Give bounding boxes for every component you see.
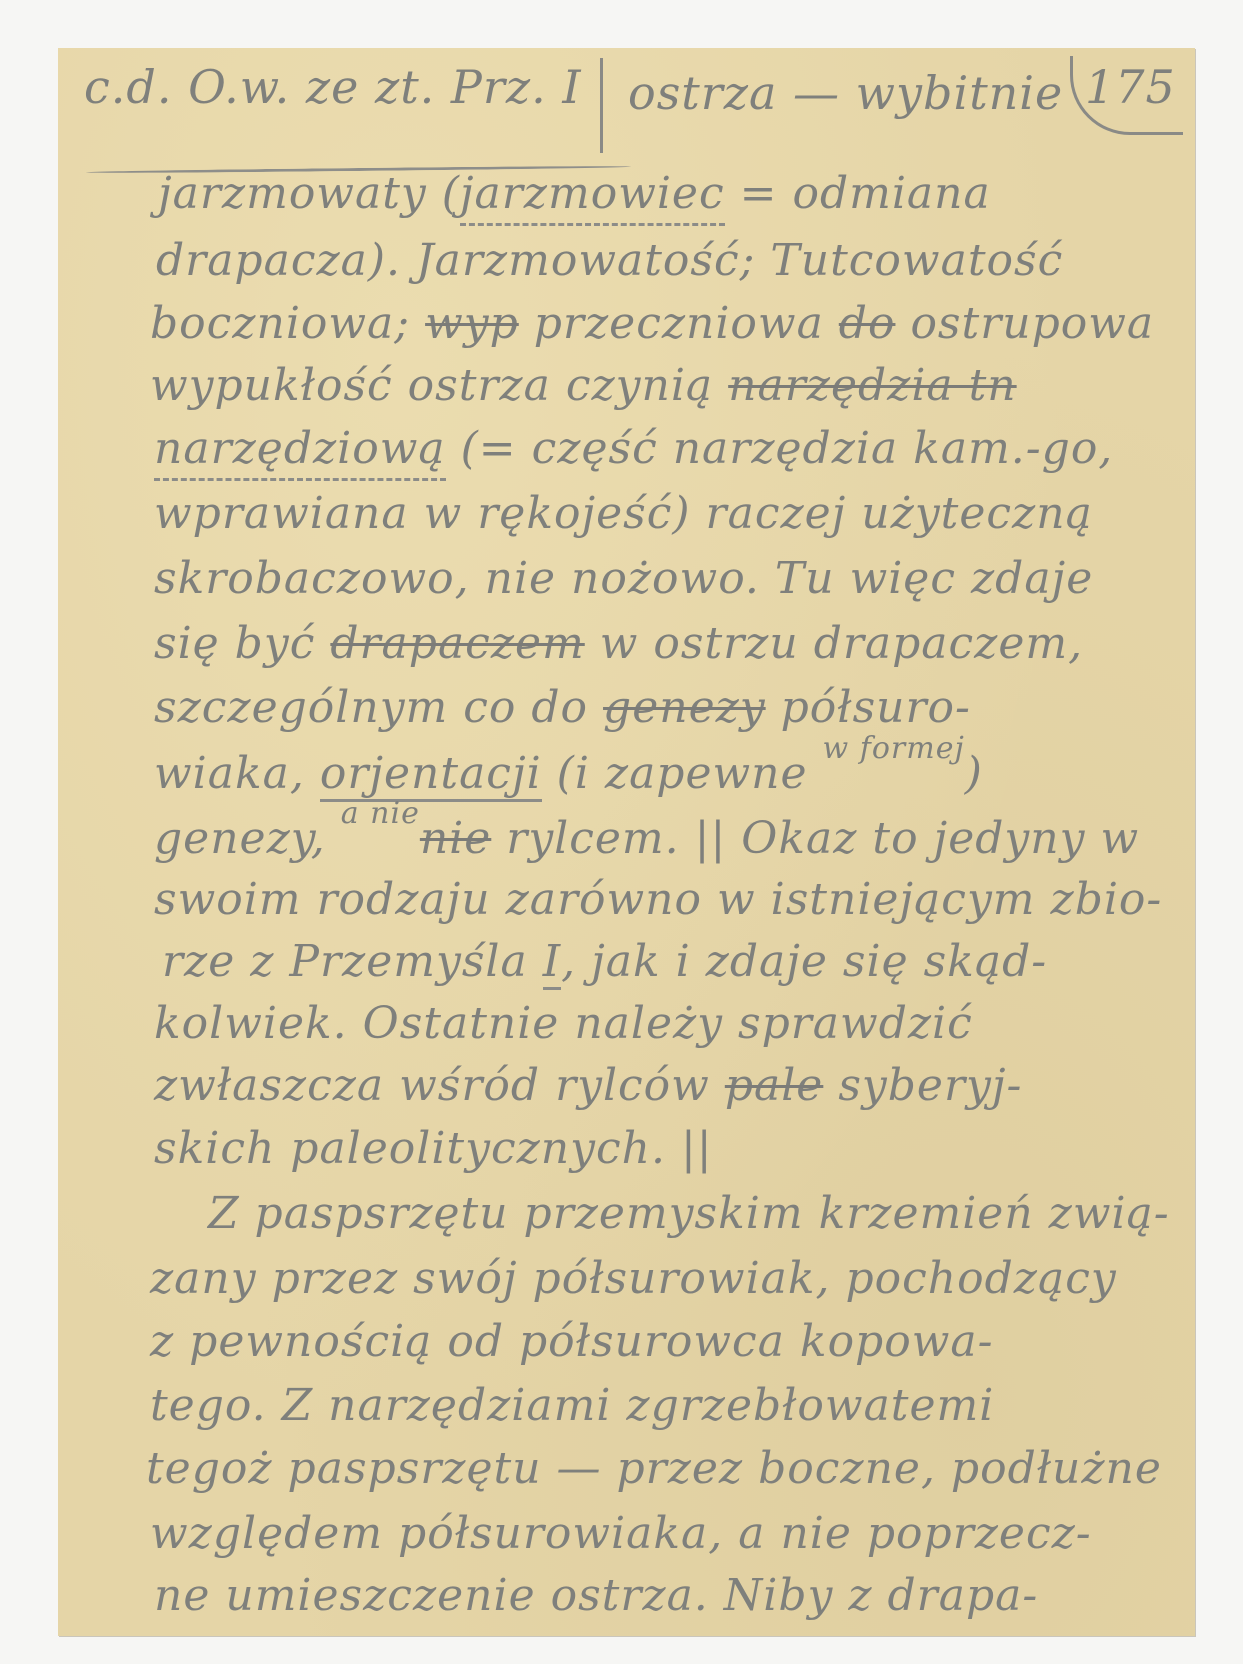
text-line-16: skich paleolitycznych. || [154,1123,713,1174]
text-line-2: drapacza). Jarzmowatość; Tutcowatość [156,235,1063,286]
line-text: boczniowa; [150,298,425,349]
page-number-circle: 175 [1070,56,1183,135]
line-text: skich paleolitycznych. || [154,1123,713,1174]
line-text: swoim rodzaju zarówno w istniejącym zbio… [154,874,1162,925]
line-text: zwłaszcza wśród rylców [154,1060,725,1111]
underlined-word: orjentacji [320,748,542,802]
text-line-7: skrobaczowo, nie nożowo. Tu więc zdaje [154,553,1093,604]
line-text: półsuro- [766,682,971,733]
line-text: skrobaczowo, nie nożowo. Tu więc zdaje [154,553,1093,604]
text-line-18: zany przez swój półsurowiak, pochodzący [150,1253,1117,1304]
text-line-13: rze z Przemyśla I, jak i zdaje się skąd- [162,936,1047,987]
text-line-20: tego. Z narzędziami zgrzebłowatemi [150,1380,994,1431]
text-line-8: się być drapaczem w ostrzu drapaczem, [154,618,1083,669]
text-line-14: kolwiek. Ostatnie należy sprawdzić [154,998,973,1049]
line-text: rylcem. || Okaz to jedyny w [491,813,1139,864]
struck-word: pale [725,1060,824,1111]
line-text: kolwiek. Ostatnie należy sprawdzić [154,998,973,1049]
text-line-3: boczniowa; wyp przeczniowa do ostrupowa [150,298,1154,349]
struck-word: narzędzia tn [728,360,1016,411]
line-text: wypukłość ostrza czynią [150,360,728,411]
line-text: (i zapewne [542,748,823,799]
header-reference: c.d. O.w. ze zt. Prz. I [84,60,582,114]
line-text: (= część narzędzia kam.-go, [446,423,1114,474]
text-line-22: względem półsurowiaka, a nie poprzecz- [150,1508,1092,1559]
text-line-11: genezy, a nienie rylcem. || Okaz to jedy… [154,813,1139,864]
inserted-word: a nie [341,796,420,831]
line-text: jarzmowaty ( [158,168,460,219]
line-text: wiaka, [154,748,320,799]
line-text: = odmiana [725,168,991,219]
line-text: ostrupowa [895,298,1154,349]
line-text: rze z Przemyśla [162,936,543,987]
struck-word: nie [420,813,491,864]
text-line-6: wprawiana w rękojeść) raczej użyteczną [154,488,1093,539]
text-line-19: z pewnością od półsurowca kopowa- [150,1316,993,1367]
line-text: szczególnym co do [154,682,603,733]
text-line-15: zwłaszcza wśród rylców pale syberyj- [154,1060,1022,1111]
line-text: względem półsurowiaka, a nie poprzecz- [150,1508,1092,1559]
struck-word: do [839,298,896,349]
header-running-text: ostrza — wybitnie [628,66,1063,120]
text-line-9: szczególnym co do genezy półsuro- [154,682,971,733]
line-text: przeczniowa [519,298,839,349]
line-text: , jak i zdaje się skąd- [561,936,1047,987]
text-line-23: ne umieszczenie ostrza. Niby z drapa- [154,1570,1038,1621]
line-text: genezy, [154,813,341,864]
line-text: ne umieszczenie ostrza. Niby z drapa- [154,1570,1038,1621]
line-text: syberyj- [823,1060,1022,1111]
line-text: tegoż paspsrzętu — przez boczne, podłużn… [146,1443,1162,1494]
underlined-word: I [543,936,561,990]
line-text: drapacza). Jarzmowatość; Tutcowatość [156,235,1063,286]
underlined-word: narzędziową [154,423,446,481]
line-text: zany przez swój półsurowiak, pochodzący [150,1253,1117,1304]
text-line-17-paragraph-start: Z paspsrzętu przemyskim krzemień zwią- [208,1188,1170,1239]
page-number: 175 [1085,60,1176,114]
text-line-5: narzędziową (= część narzędzia kam.-go, [154,423,1113,474]
line-text: ) [965,748,983,799]
manuscript-page: c.d. O.w. ze zt. Prz. I ostrza — wybitni… [58,48,1195,1636]
line-text: w ostrzu drapaczem, [585,618,1083,669]
line-text: z pewnością od półsurowca kopowa- [150,1316,993,1367]
text-line-12: swoim rodzaju zarówno w istniejącym zbio… [154,874,1162,925]
underlined-word: jarzmowiec [460,168,725,226]
text-line-4: wypukłość ostrza czynią narzędzia tn [150,360,1017,411]
struck-word: drapaczem [330,618,584,669]
line-text: wprawiana w rękojeść) raczej użyteczną [154,488,1093,539]
line-text: się być [154,618,330,669]
text-line-21: tegoż paspsrzętu — przez boczne, podłużn… [146,1443,1162,1494]
line-text: Z paspsrzętu przemyskim krzemień zwią- [208,1188,1170,1239]
text-line-1: jarzmowaty (jarzmowiec = odmiana [158,168,991,219]
interlinear-note: w formej [823,731,965,766]
struck-word: genezy [603,682,766,733]
struck-word: wyp [425,298,519,349]
text-line-10: wiaka, orjentacji (i zapewne w formej) [154,748,983,799]
line-text: tego. Z narzędziami zgrzebłowatemi [150,1380,994,1431]
